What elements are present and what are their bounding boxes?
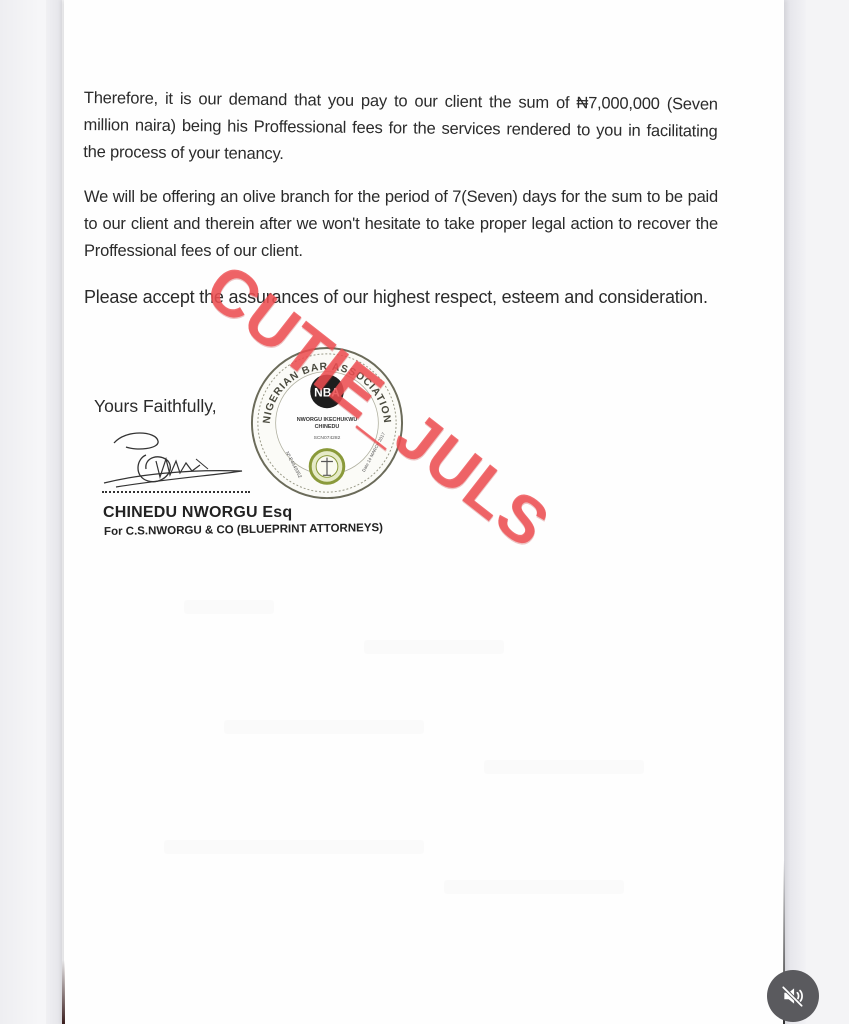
- page-edge-left: [46, 0, 62, 1024]
- seal-holder-line2: CHINEDU: [315, 424, 340, 430]
- closing-salutation: Yours Faithfully,: [94, 396, 217, 417]
- seal-code: SCN074282: [314, 435, 341, 441]
- mute-toggle-button[interactable]: [767, 970, 819, 1022]
- paragraph-closing-remark: Please accept the assurances of our high…: [84, 282, 718, 313]
- nba-seal-icon: NIGERIAN BAR ASSOCIATION NBA NWORGU IKEC…: [248, 344, 406, 502]
- page-shadow-fold: [62, 960, 65, 1024]
- paragraph-demand: Therefore, it is our demand that you pay…: [83, 85, 718, 173]
- page-edge-right: [784, 0, 806, 1024]
- viewer-stage: Therefore, it is our demand that you pay…: [0, 0, 849, 1024]
- seal-badge: NBA: [314, 385, 340, 399]
- speaker-muted-icon: [780, 983, 806, 1009]
- signature-line: [102, 491, 250, 493]
- signer-name: CHINEDU NWORGU Esq: [103, 504, 292, 522]
- paragraph-deadline: We will be offering an olive branch for …: [84, 184, 718, 265]
- signature-icon: [96, 425, 256, 495]
- seal-holder-line1: NWORGU IKECHUKWU: [297, 417, 358, 423]
